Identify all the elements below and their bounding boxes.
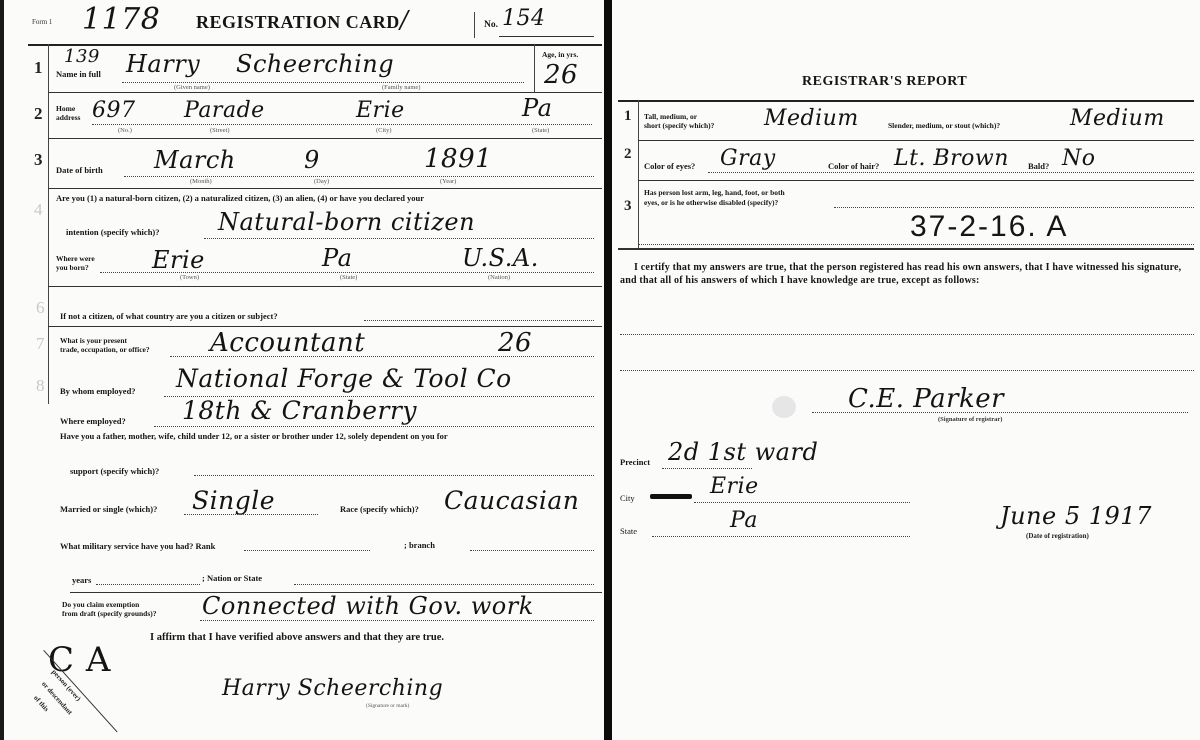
marital-line — [184, 514, 318, 515]
disability-line-2 — [638, 244, 1194, 245]
birthplace-label-1: Where were — [56, 254, 95, 263]
address-line — [92, 124, 592, 125]
age-label: Age, in yrs. — [542, 50, 578, 59]
registration-card: Form 1 1178 REGISTRATION CARD / No. 154 … — [0, 0, 604, 740]
registration-date: June 5 1917 — [1000, 502, 1152, 530]
marital-label: Married or single (which)? — [60, 505, 157, 514]
disability-label-1: Has person lost arm, leg, hand, foot, or… — [644, 188, 785, 197]
rank-line — [244, 550, 370, 551]
faint-stamp-mark — [772, 396, 796, 418]
dob-line — [124, 176, 594, 177]
branch-label: ; branch — [404, 541, 435, 550]
birthplace-label-2: you born? — [56, 263, 89, 272]
home-city: Erie — [356, 98, 405, 123]
nation-or-state-line — [294, 584, 594, 585]
state-caption: (State) — [532, 127, 549, 134]
employer-answer: National Forge & Tool Co — [176, 364, 512, 393]
citizenship-label: intention (specify which)? — [66, 228, 160, 237]
row-number-6: 6 — [36, 298, 45, 318]
state-line — [652, 536, 910, 537]
signature-caption: (Signature or mark) — [366, 703, 409, 709]
report-header-rule — [618, 100, 1194, 102]
row-rule-5 — [48, 286, 602, 287]
row-rule-2 — [48, 138, 602, 139]
city-line — [694, 502, 910, 503]
order-number: 139 — [64, 46, 100, 67]
birth-nation: U.S.A. — [462, 244, 539, 272]
birth-state: Pa — [322, 244, 352, 272]
dob-day: 9 — [304, 146, 320, 174]
citizenship-line — [204, 238, 594, 239]
bald-label: Bald? — [1028, 162, 1049, 171]
nation-caption: (Nation) — [488, 274, 510, 281]
title-mark: / — [400, 6, 409, 34]
precinct-line — [662, 468, 752, 469]
dependents-line — [194, 475, 594, 476]
city-caption: (City) — [376, 127, 392, 134]
month-caption: (Month) — [190, 178, 212, 185]
card-no-label: No. — [484, 20, 498, 30]
race-answer: Caucasian — [444, 486, 579, 515]
row-rule-1 — [48, 92, 602, 93]
occupation-annotation: 26 — [498, 328, 532, 358]
nation-or-state-label: ; Nation or State — [202, 574, 262, 583]
exemption-answer: Connected with Gov. work — [202, 592, 534, 620]
city-label: City — [620, 494, 635, 503]
dependents-label: support (specify which)? — [70, 467, 159, 476]
state: Pa — [730, 508, 758, 533]
registrar-signature-line — [812, 412, 1188, 413]
report-row-number-2: 2 — [624, 146, 632, 163]
employer-label: By whom employed? — [60, 387, 136, 396]
registrars-report: REGISTRAR'S REPORT 1 Tall, medium, or sh… — [612, 0, 1200, 740]
row-number-3: 3 — [34, 150, 43, 170]
affirmation-text: I affirm that I have verified above answ… — [150, 632, 444, 643]
street: Parade — [184, 98, 265, 123]
employer-location: 18th & Cranberry — [182, 396, 417, 425]
citizenship-question: Are you (1) a natural-born citizen, (2) … — [56, 194, 424, 203]
race-label: Race (specify which)? — [340, 505, 419, 514]
home-state: Pa — [522, 94, 552, 122]
card-title: REGISTRATION CARD — [196, 12, 400, 33]
dob-label: Date of birth — [56, 166, 103, 175]
serial-number: 1178 — [82, 2, 160, 37]
exemption-label-2: from draft (specify grounds)? — [62, 609, 157, 618]
page-divider — [604, 0, 612, 740]
height-answer: Medium — [764, 106, 859, 131]
height-label-2: short (specify which)? — [644, 121, 714, 130]
disability-label-2: eyes, or is he otherwise disabled (speci… — [644, 198, 778, 207]
birthplace-line — [100, 272, 594, 273]
citizenship-answer: Natural-born citizen — [218, 208, 475, 236]
street-caption: (Street) — [210, 127, 230, 134]
card-no: 154 — [502, 6, 546, 31]
dob-month: March — [154, 146, 236, 174]
employer-location-label: Where employed? — [60, 417, 126, 426]
occupation-label-2: trade, occupation, or office? — [60, 345, 150, 354]
redaction-mark — [650, 494, 692, 499]
home-address-label-2: address — [56, 113, 80, 122]
occupation-label-1: What is your present — [60, 336, 127, 345]
years-line — [96, 584, 200, 585]
birth-state-caption: (State) — [340, 274, 357, 281]
row-number-7: 7 — [36, 334, 45, 354]
eye-hair-line — [708, 172, 1194, 173]
row-number-8: 8 — [36, 376, 45, 396]
bald-answer: No — [1062, 146, 1096, 171]
row-number-4: 4 — [34, 200, 43, 220]
house-number: 697 — [92, 98, 136, 123]
marital-answer: Single — [192, 486, 275, 515]
header-rule — [28, 44, 602, 46]
military-label: What military service have you had? Rank — [60, 542, 215, 551]
left-margin-rule — [48, 44, 49, 404]
foreign-citizen-label: If not a citizen, of what country are yo… — [60, 312, 278, 321]
home-address-label-1: Home — [56, 104, 75, 113]
card-no-divider — [474, 12, 475, 38]
occupation-line — [170, 356, 594, 357]
dob-year: 1891 — [424, 144, 492, 174]
family-name-caption: (Family name) — [382, 84, 420, 91]
given-name: Harry — [126, 50, 200, 78]
date-caption: (Date of registration) — [1026, 532, 1089, 540]
state-label: State — [620, 527, 637, 536]
report-row-rule-1 — [638, 140, 1194, 141]
foreign-citizen-line — [364, 320, 594, 321]
report-row-number-3: 3 — [624, 198, 632, 215]
row-number-1: 1 — [34, 58, 43, 78]
classification-code: 37-2-16. A — [910, 210, 1068, 244]
birth-town: Erie — [152, 246, 205, 274]
year-caption: (Year) — [440, 178, 456, 185]
no-caption: (No.) — [118, 127, 132, 134]
report-row-number-1: 1 — [624, 108, 632, 125]
registrar-signature: C.E. Parker — [848, 384, 1004, 414]
corner-stamp-line-3: of this — [32, 694, 50, 713]
exception-line-2 — [620, 370, 1194, 371]
registrar-caption: (Signature of registrar) — [938, 416, 1002, 423]
exemption-line — [200, 620, 594, 621]
hair-color: Lt. Brown — [894, 146, 1009, 171]
row-rule-6 — [48, 326, 602, 327]
employer-location-line — [154, 426, 594, 427]
dependents-question: Have you a father, mother, wife, child u… — [60, 432, 448, 441]
registrant-signature: Harry Scheerching — [222, 676, 443, 701]
hair-color-label: Color of hair? — [828, 162, 879, 171]
age-divider — [534, 44, 535, 92]
name-label: Name in full — [56, 70, 101, 79]
form-label: Form 1 — [32, 18, 52, 26]
branch-line — [470, 550, 594, 551]
precinct-label: Precinct — [620, 458, 650, 467]
name-line — [122, 82, 524, 83]
report-margin-rule — [638, 100, 639, 248]
given-name-caption: (Given name) — [174, 84, 210, 91]
disability-line — [834, 207, 1194, 208]
eye-color: Gray — [720, 146, 776, 171]
report-title: REGISTRAR'S REPORT — [802, 74, 967, 90]
family-name: Scheerching — [236, 50, 394, 78]
precinct: 2d 1st ward — [668, 438, 818, 466]
row-number-2: 2 — [34, 104, 43, 124]
report-row-rule-2 — [638, 180, 1194, 181]
row-rule-3 — [48, 188, 602, 189]
age-value: 26 — [544, 60, 578, 90]
card-no-underline — [499, 36, 594, 37]
years-label: years — [72, 576, 91, 585]
certification-text: I certify that my answers are true, that… — [620, 262, 1190, 287]
report-row-rule-3 — [618, 248, 1194, 250]
town-caption: (Town) — [180, 274, 199, 281]
city: Erie — [710, 474, 759, 499]
occupation-answer: Accountant — [210, 328, 365, 358]
height-label-1: Tall, medium, or — [644, 112, 697, 121]
day-caption: (Day) — [314, 178, 329, 185]
exception-line-1 — [620, 334, 1194, 335]
build-answer: Medium — [1070, 106, 1165, 131]
build-label: Slender, medium, or stout (which)? — [888, 121, 1000, 130]
exemption-label-1: Do you claim exemption — [62, 600, 139, 609]
eye-color-label: Color of eyes? — [644, 162, 695, 171]
